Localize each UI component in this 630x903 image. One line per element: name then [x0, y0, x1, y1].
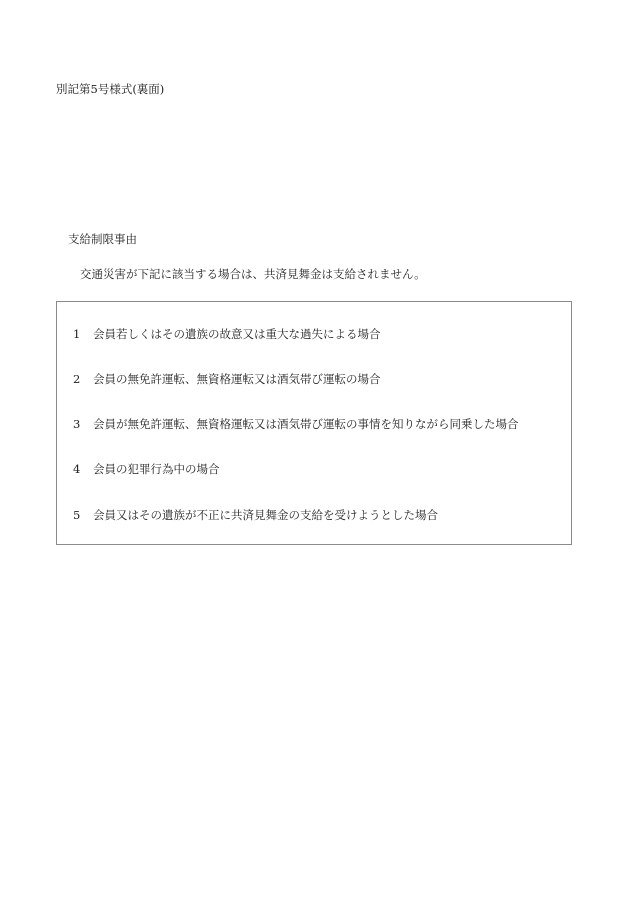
reason-item-4: 4 会員の犯罪行為中の場合	[73, 461, 220, 477]
reason-number: 5	[73, 508, 93, 522]
restriction-reasons-box: 1 会員若しくはその遺族の故意又は重大な過失による場合 2 会員の無免許運転、無…	[56, 301, 572, 545]
reason-text: 会員若しくはその遺族の故意又は重大な過失による場合	[93, 326, 381, 342]
reason-item-1: 1 会員若しくはその遺族の故意又は重大な過失による場合	[73, 326, 381, 342]
reason-text: 会員又はその遺族が不正に共済見舞金の支給を受けようとした場合	[93, 507, 438, 523]
section-heading: 支給制限事由	[68, 231, 137, 247]
reason-number: 3	[73, 417, 93, 431]
reason-item-3: 3 会員が無免許運転、無資格運転又は酒気帯び運転の事情を知りながら同乗した場合	[73, 416, 519, 432]
intro-text: 交通災害が下記に該当する場合は、共済見舞金は支給されません。	[80, 266, 426, 282]
reason-number: 4	[73, 462, 93, 476]
reason-number: 1	[73, 327, 93, 341]
reason-text: 会員が無免許運転、無資格運転又は酒気帯び運転の事情を知りながら同乗した場合	[93, 416, 519, 432]
reason-item-5: 5 会員又はその遺族が不正に共済見舞金の支給を受けようとした場合	[73, 507, 438, 523]
form-label: 別記第5号様式(裏面)	[56, 81, 164, 97]
reason-item-2: 2 会員の無免許運転、無資格運転又は酒気帯び運転の場合	[73, 371, 381, 387]
reason-text: 会員の無免許運転、無資格運転又は酒気帯び運転の場合	[93, 371, 381, 387]
reason-number: 2	[73, 372, 93, 386]
reason-text: 会員の犯罪行為中の場合	[93, 461, 220, 477]
